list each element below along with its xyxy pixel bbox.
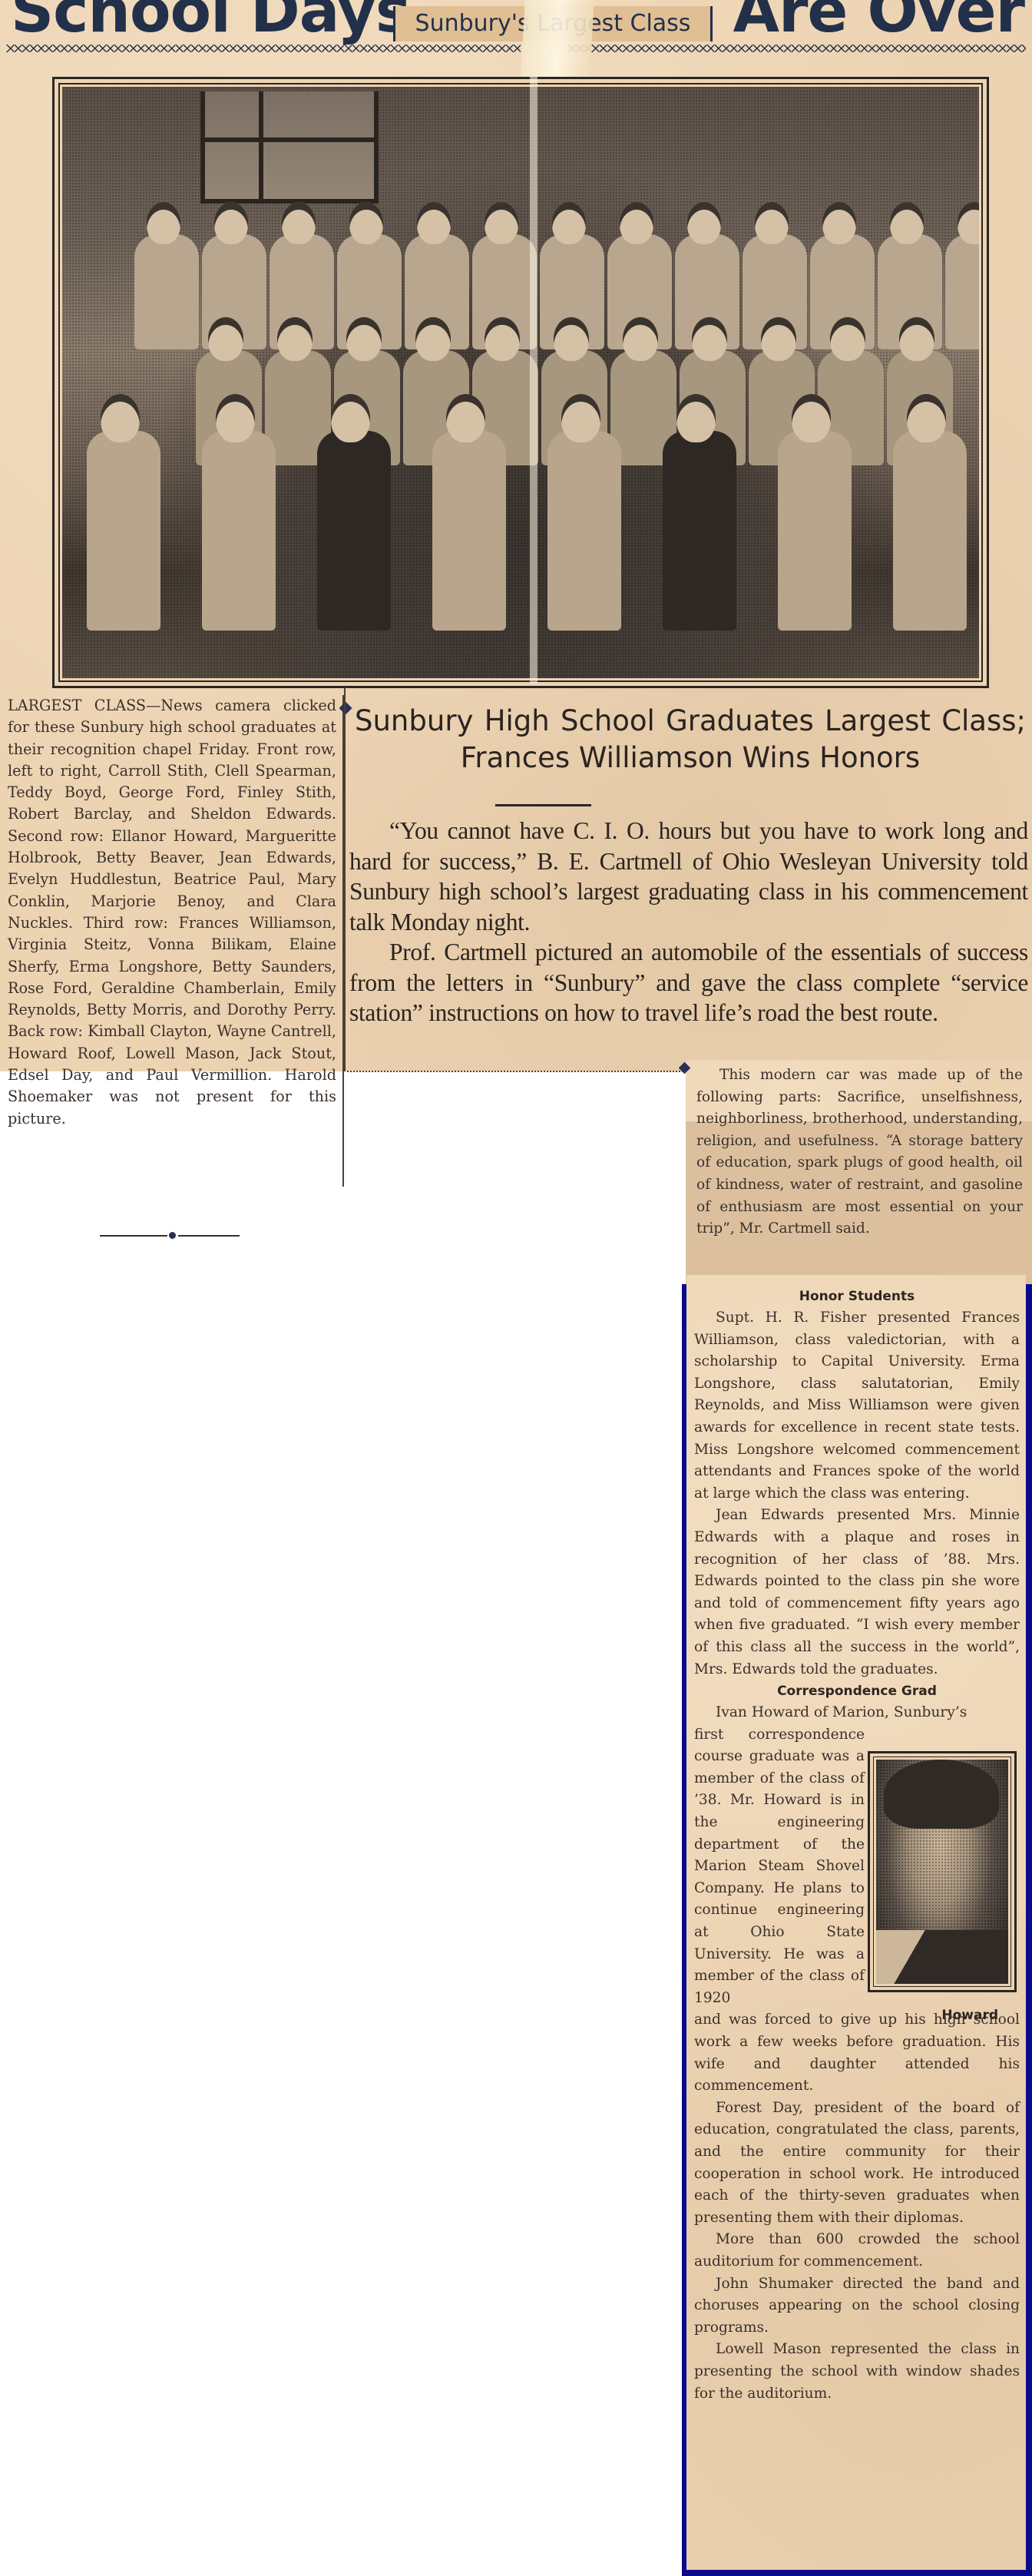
person-head [485, 202, 518, 244]
person-head [101, 394, 140, 442]
headline-word: Largest [825, 703, 931, 740]
person-head [277, 317, 313, 361]
zigzag-rule-right [568, 45, 1026, 52]
person-body [945, 234, 979, 349]
lead-paragraph: “You cannot have C. I. O. hours but you … [349, 816, 1028, 937]
person-head [214, 202, 248, 244]
article-lead: “You cannot have C. I. O. hours but you … [349, 816, 1028, 1028]
headline-word: Graduates [666, 703, 814, 740]
body-paragraph: More than 600 crowded the school auditor… [694, 2229, 1020, 2273]
fold-crease [530, 77, 537, 684]
person-head [349, 202, 383, 244]
person-head [792, 394, 831, 442]
ornament-rule [178, 1235, 240, 1237]
ornament-rule [100, 1235, 167, 1237]
person-head [331, 394, 370, 442]
window-in-photo [200, 91, 379, 204]
person-head [446, 394, 485, 442]
person-head [554, 317, 589, 361]
person-head [623, 317, 658, 361]
person-head [890, 202, 924, 244]
person-head [899, 317, 934, 361]
headline-line-1: SunburyHighSchoolGraduatesLargestClass; [355, 703, 1026, 740]
body-paragraph: Ivan Howard of Marion, Sunbury’s [694, 1702, 1020, 1724]
person-body [432, 431, 506, 631]
headline-rule [495, 804, 591, 806]
person-body [663, 431, 736, 631]
person-head [485, 317, 520, 361]
body-paragraph: Forest Day, president of the board of ed… [694, 2098, 1020, 2230]
person-head [755, 202, 789, 244]
portrait-hair [884, 1760, 999, 1829]
blank-area [0, 1243, 347, 2576]
person-head [208, 317, 243, 361]
top-clipping: School Days Sunbury's Largest Class Are … [0, 0, 1032, 1071]
photo-caption-column: LARGEST CLASS—News camera clicked for th… [0, 687, 344, 1240]
headline-word: Sunbury [355, 703, 473, 740]
person-head [417, 202, 451, 244]
person-body [893, 431, 967, 631]
article-headline: SunburyHighSchoolGraduatesLargestClass; … [355, 703, 1026, 776]
dotted-rule [347, 1071, 683, 1074]
headline-word: Class; [941, 703, 1026, 740]
class-photo-frame [52, 77, 989, 688]
body-paragraph: Jean Edwards presented Mrs. Minnie Edwar… [694, 1505, 1020, 1680]
person-body [134, 234, 198, 349]
zigzag-rule-left [6, 45, 521, 52]
person-body [87, 431, 160, 631]
narrow-paragraph: first correspondence course graduate was… [694, 1724, 865, 2010]
car-paragraph-clipping: This modern car was made up of the follo… [686, 1060, 1032, 1290]
blank-area [347, 1072, 685, 2576]
person-head [830, 317, 865, 361]
class-photo [62, 87, 979, 678]
subhead-correspondence-grad: Correspondence Grad [694, 1680, 1020, 1702]
body-paragraph: Lowell Mason represented the class in pr… [694, 2339, 1020, 2405]
car-paragraph-text: This modern car was made up of the follo… [696, 1065, 1023, 1240]
correspondence-section: Ivan Howard of Marion, Sunbury’s first c… [694, 1702, 1020, 2009]
body-paragraph: Supt. H. R. Fisher presented Frances Wil… [694, 1307, 1020, 1505]
person-head [692, 317, 727, 361]
continuation-text: Honor Students Supt. H. R. Fisher presen… [694, 1286, 1020, 2405]
person-head [552, 202, 586, 244]
person-head [676, 394, 716, 442]
howard-photo-caption: Howard [941, 2005, 998, 2027]
car-paragraph: This modern car was made up of the follo… [696, 1065, 1023, 1240]
column-rule [344, 687, 346, 1071]
person-head [415, 317, 451, 361]
person-head [822, 202, 856, 244]
ornament-dot [169, 1232, 176, 1239]
headline-line-2: Frances Williamson Wins Honors [355, 740, 1026, 776]
photo-caption: LARGEST CLASS—News camera clicked for th… [8, 695, 336, 1130]
person-head [282, 202, 316, 244]
person-head [216, 394, 255, 442]
howard-portrait-frame [868, 1751, 1017, 1992]
person-body [547, 431, 621, 631]
person-body [778, 431, 852, 631]
person-head [687, 202, 721, 244]
person-head [620, 202, 653, 244]
person-head [561, 394, 600, 442]
person-head [761, 317, 796, 361]
masthead-right-title: Are Over [733, 0, 1024, 46]
lead-paragraph: Prof. Cartmell pictured an automobile of… [349, 937, 1028, 1028]
person-head [346, 317, 382, 361]
person-head [147, 202, 180, 244]
headline-word: School [561, 703, 655, 740]
subhead-honor-students: Honor Students [694, 1286, 1020, 1307]
person-head [958, 202, 979, 244]
person-body [317, 431, 391, 631]
headline-word: High [485, 703, 550, 740]
person-head [907, 394, 946, 442]
person-body [202, 431, 276, 631]
portrait-suit [876, 1930, 1008, 1984]
masthead-left-title: School Days [11, 0, 410, 46]
howard-portrait [876, 1760, 1008, 1984]
body-paragraph: John Shumaker directed the band and chor… [694, 2273, 1020, 2339]
continuation-clipping: Honor Students Supt. H. R. Fisher presen… [686, 1275, 1026, 2570]
